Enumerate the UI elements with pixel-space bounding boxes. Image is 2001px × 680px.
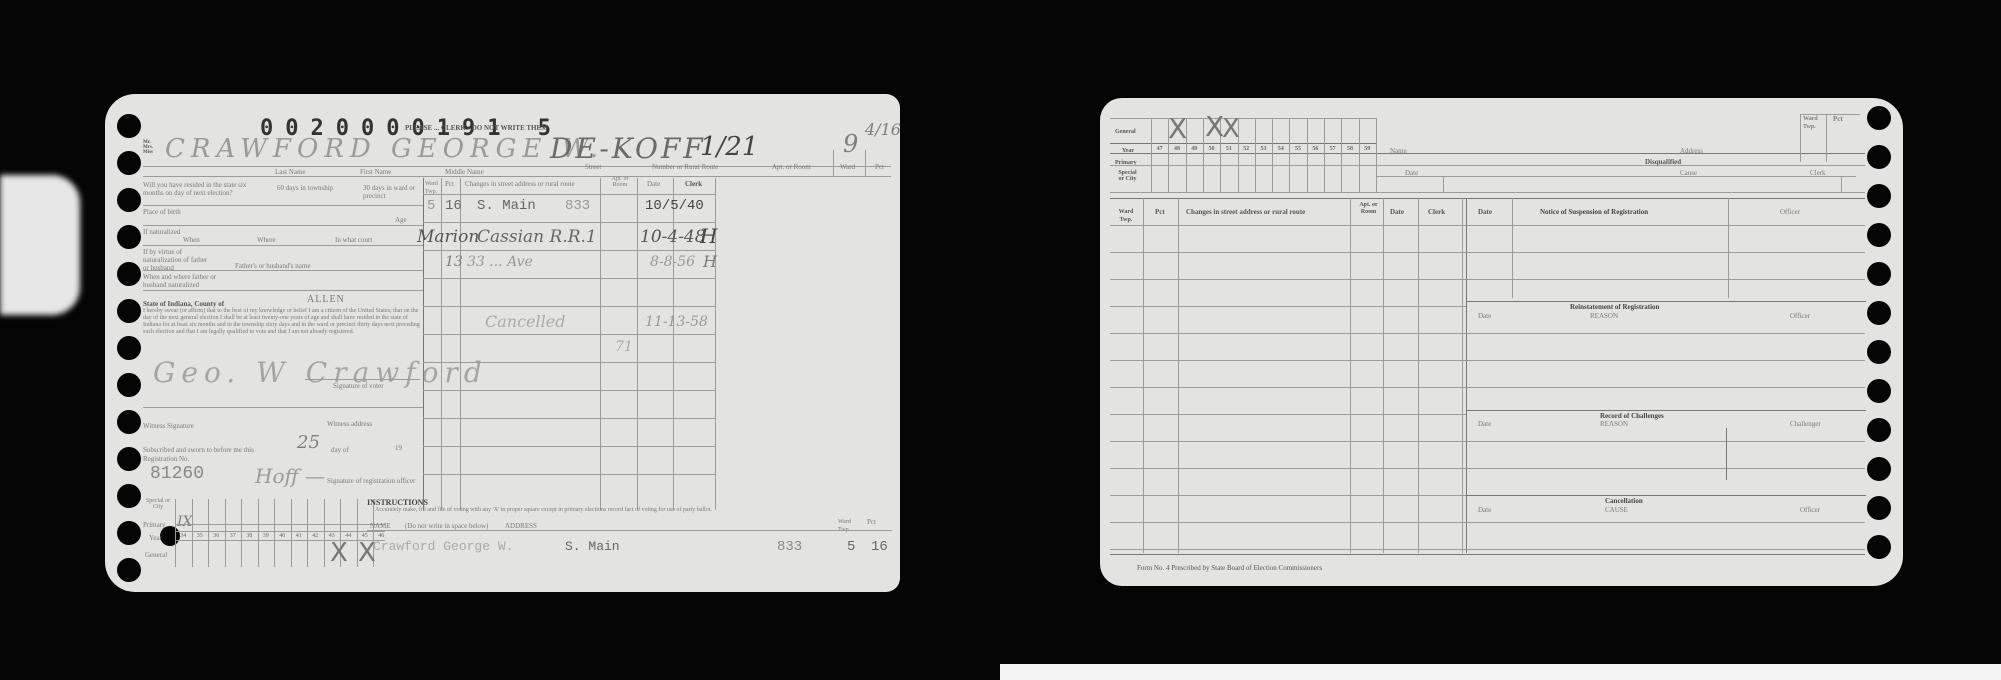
- label-court: In what court: [335, 236, 372, 244]
- year-cell: 36: [208, 533, 225, 539]
- label-when-where: When and where father or husband natural…: [143, 273, 233, 289]
- year-cell: 59: [1359, 146, 1376, 152]
- label-ward: Ward: [840, 163, 855, 171]
- year-cell: 51: [1220, 146, 1237, 152]
- punch-hole-icon: [1867, 106, 1891, 130]
- label-pct-bottom: Pct: [867, 518, 876, 526]
- back-th-apt: Apt. or Room: [1356, 202, 1381, 216]
- typed-number: 833: [777, 539, 802, 555]
- instructions-text: Accurately make, fill and file of voting…: [375, 507, 795, 514]
- punch-hole-icon: [117, 336, 141, 360]
- label-number: Number or Rural Route: [652, 163, 718, 171]
- label-apt: Apt. or Room: [772, 163, 811, 171]
- year-cell: 55: [1289, 146, 1306, 152]
- row1-ward: 5: [427, 198, 435, 214]
- punch-hole-icon: [1867, 301, 1891, 325]
- officer-signature: Hoff —: [255, 464, 325, 488]
- grid-line: [1151, 118, 1152, 192]
- typed-address: S. Main: [565, 539, 620, 554]
- row1-number: 833: [565, 198, 590, 214]
- th-clerk: Clerk: [685, 180, 702, 188]
- row2-date: 10-4-48: [640, 227, 706, 247]
- reinstatement-th-reason: REASON: [1590, 312, 1618, 320]
- back-th-changes: Changes in street address or rural route: [1186, 208, 1305, 216]
- label-by-virtue: If by virtue of naturalization of father…: [143, 248, 213, 272]
- label-middle-name: Middle Name: [445, 168, 484, 176]
- punch-hole-icon: [1867, 184, 1891, 208]
- q-township: 60 days in township: [277, 184, 337, 192]
- suspension-th-date: Date: [1478, 208, 1492, 216]
- grid-line: [1307, 118, 1308, 192]
- table-row: [1110, 441, 1865, 442]
- challenges-th-date: Date: [1478, 420, 1491, 428]
- label-ward-twp-bottom: Ward Twp.: [838, 518, 856, 534]
- year-cell: 47: [1151, 146, 1168, 152]
- back-th-clerk: Clerk: [1428, 208, 1445, 216]
- grid-line: [1255, 118, 1256, 192]
- header-instruction: PLEASE ... CLERK - DO NOT WRITE THEM: [405, 124, 548, 132]
- punch-hole-icon: [1867, 262, 1891, 286]
- label-father-name: Father's or husband's name: [235, 262, 310, 270]
- challenges-title: Record of Challenges: [1600, 412, 1664, 420]
- punch-hole-icon: [117, 262, 141, 286]
- grid-label-year: Year: [149, 534, 162, 542]
- punch-hole-icon: [1867, 379, 1891, 403]
- label-registration-no: Registration No.: [143, 455, 189, 463]
- label-officer-signature: Signature of registration officer: [327, 477, 415, 485]
- punch-hole-icon: [1867, 340, 1891, 364]
- year-cell: 40: [274, 533, 291, 539]
- year-cell: 35: [192, 533, 209, 539]
- year-cell: 57: [1324, 146, 1341, 152]
- year-cell: 54: [1272, 146, 1289, 152]
- punch-hole-icon: [1867, 418, 1891, 442]
- back-label-special: Special or City: [1115, 170, 1140, 182]
- label-witness: Witness Signature: [143, 422, 194, 430]
- year-cell: 52: [1238, 146, 1255, 152]
- punch-hole-icon: [117, 521, 141, 545]
- form-footer: Form No. 4 Prescribed by State Board of …: [1137, 564, 1322, 572]
- label-name-note: (Do not write in space below): [405, 522, 488, 530]
- label-ward-twp-back: Ward Twp.: [1803, 115, 1821, 131]
- label-name-back: Name: [1390, 147, 1407, 155]
- year-cell: 50: [1203, 146, 1220, 152]
- title-prefix: Mr. Mrs. Miss: [143, 140, 157, 155]
- general-mark-48: X: [1168, 116, 1187, 142]
- row5-address: Cancelled: [485, 312, 565, 331]
- oath-state-label: State of Indiana, County of: [143, 300, 224, 308]
- cancellation-th-officer: Officer: [1800, 506, 1820, 514]
- challenges-th-challenger: Challenger: [1790, 420, 1821, 428]
- row1-pct: 16: [445, 198, 462, 214]
- back-label-general: General: [1115, 128, 1136, 136]
- row1-date: 10/5/40: [645, 198, 704, 214]
- back-th-pct: Pct: [1155, 208, 1165, 216]
- punch-hole-icon: [117, 188, 141, 212]
- cancellation-title: Cancellation: [1605, 497, 1643, 505]
- grid-line: [1341, 118, 1342, 192]
- punch-hole-icon: [117, 410, 141, 434]
- punch-hole-icon: [117, 558, 141, 582]
- label-pct: Pct: [875, 163, 884, 171]
- label-witness-address: Witness address: [327, 420, 372, 428]
- suspension-th-title: Notice of Suspension of Registration: [1540, 208, 1648, 216]
- year-cell: 42: [307, 533, 324, 539]
- row5-date: 11-13-58: [645, 314, 708, 330]
- table-row: [1110, 522, 1865, 523]
- punch-hole-icon: [117, 484, 141, 508]
- label-address: ADDRESS: [505, 522, 537, 530]
- punch-hole-icon: [117, 114, 141, 138]
- grid-label-general: General: [145, 551, 167, 559]
- label-naturalized: If naturalized: [143, 228, 183, 236]
- label-where: Where: [257, 236, 276, 244]
- punch-hole-icon: [117, 151, 141, 175]
- row2-address: Cassian R.R.1: [477, 227, 597, 247]
- voter-name: CRAWFORD GEORGE W.: [165, 134, 604, 164]
- label-place-of-birth: Place of birth: [143, 208, 188, 216]
- typed-pct: 16: [871, 539, 888, 555]
- oath-county: ALLEN: [307, 296, 345, 304]
- year-cell: 39: [258, 533, 275, 539]
- back-th-ward-twp: Ward Twp.: [1115, 208, 1137, 224]
- label-first-name: First Name: [360, 168, 391, 176]
- row2-ward: Marion: [417, 227, 479, 247]
- label-street: Street: [585, 163, 601, 171]
- grid-line: [1203, 118, 1204, 192]
- grid-line: [1324, 118, 1325, 192]
- row6-date: 71: [615, 339, 633, 355]
- punch-hole-icon: [1867, 223, 1891, 247]
- label-age: Age: [395, 216, 407, 224]
- punch-hole-icon: [1867, 496, 1891, 520]
- voter-signature: Geo. W Crawford: [153, 356, 488, 389]
- th-pct: Pct: [445, 180, 454, 188]
- grid-line: [1289, 118, 1290, 192]
- grid-label-primary: Primary: [143, 521, 166, 529]
- label-when: When: [183, 236, 200, 244]
- year-cell: 56: [1307, 146, 1324, 152]
- table-row: [1110, 279, 1865, 280]
- typed-name: Crawford George W.: [373, 539, 513, 554]
- table-row: [1110, 387, 1865, 388]
- table-row: [1110, 414, 1466, 415]
- row3-pct: 13: [445, 254, 463, 270]
- reinstatement-title: Reinstatement of Registration: [1570, 303, 1659, 311]
- cancellation-th-cause: CAUSE: [1605, 506, 1628, 514]
- typed-ward: 5: [847, 539, 855, 555]
- street-handwritten: DE-KOFF: [550, 132, 706, 165]
- label-subscribed: Subscribed and sworn to before me this: [143, 446, 254, 454]
- year-cell: 58: [1341, 146, 1358, 152]
- table-row: [1110, 225, 1865, 226]
- ward-handwritten: 9: [843, 130, 858, 158]
- punch-hole-icon: [117, 373, 141, 397]
- punch-hole-icon: [117, 447, 141, 471]
- registration-number: 81260: [150, 464, 204, 484]
- table-row: [1110, 306, 1466, 307]
- label-name: NAME: [370, 522, 391, 530]
- label-pct-back: Pct: [1833, 115, 1843, 123]
- instructions-title: INSTRUCTIONS: [367, 499, 428, 507]
- row3-clerk: H: [703, 252, 717, 271]
- table-row: [1110, 495, 1466, 496]
- suspension-th-officer: Officer: [1780, 208, 1800, 216]
- table-row: [1110, 360, 1865, 361]
- label-year: 19: [395, 444, 402, 452]
- number-handwritten: 1/21: [700, 132, 758, 162]
- general-mark-42: X: [330, 540, 348, 566]
- table-row: [1110, 549, 1865, 550]
- label-last-name: Last Name: [275, 168, 306, 176]
- year-cell: 53: [1255, 146, 1272, 152]
- light-glare: [0, 175, 80, 315]
- primary-mark-34: IX: [177, 514, 193, 530]
- general-mark-51: X: [1222, 116, 1240, 142]
- label-day-of: day of: [331, 446, 349, 454]
- year-cell: 37: [225, 533, 242, 539]
- punch-hole-icon: [117, 225, 141, 249]
- label-disqualified: Disqualified: [1645, 158, 1681, 166]
- pct-handwritten: 4/16: [865, 120, 900, 139]
- punch-hole-icon: [1867, 457, 1891, 481]
- year-cell: 48: [1168, 146, 1185, 152]
- year-cell: 34: [175, 533, 192, 539]
- label-address-back: Address: [1680, 147, 1703, 155]
- cancellation-th-date: Date: [1478, 506, 1491, 514]
- reinstatement-th-officer: Officer: [1790, 312, 1810, 320]
- row3-date: 8-8-56: [650, 254, 695, 270]
- scan-edge: [1000, 664, 2001, 680]
- row3-address: 33 ... Ave: [467, 254, 533, 270]
- year-cell: 41: [291, 533, 308, 539]
- label-signature-voter: Signature of voter: [333, 382, 384, 390]
- table-row: [1110, 333, 1865, 334]
- registration-card-back: General Year Primary Special or City 474…: [1100, 98, 1903, 586]
- back-th-date: Date: [1390, 208, 1404, 216]
- row1-address: S. Main: [477, 198, 536, 214]
- oath-text: I hereby swear (or affirm) that to the b…: [143, 308, 425, 336]
- row2-clerk: H: [700, 224, 717, 248]
- q-resided-state: Will you have resided in the state six m…: [143, 181, 253, 197]
- punch-hole-icon: [1867, 145, 1891, 169]
- table-row: [1110, 252, 1865, 253]
- punch-hole-icon: [1867, 535, 1891, 559]
- reinstatement-th-date: Date: [1478, 312, 1491, 320]
- challenges-th-reason: REASON: [1600, 420, 1628, 428]
- day-value: 25: [297, 432, 320, 453]
- th-date: Date: [647, 180, 660, 188]
- year-cell: 38: [241, 533, 258, 539]
- registration-card-front: 0020000191 5 PLEASE ... CLERK - DO NOT W…: [105, 94, 900, 592]
- grid-label-special: Special or City: [143, 498, 173, 510]
- th-changes: Changes in street address or rural route: [465, 180, 575, 188]
- year-cell: 49: [1186, 146, 1203, 152]
- grid-line: [1272, 118, 1273, 192]
- grid-line: [1359, 118, 1360, 192]
- table-row: [1110, 468, 1865, 469]
- th-apt: Apt. or Room: [605, 176, 635, 188]
- punch-hole-icon: [117, 299, 141, 323]
